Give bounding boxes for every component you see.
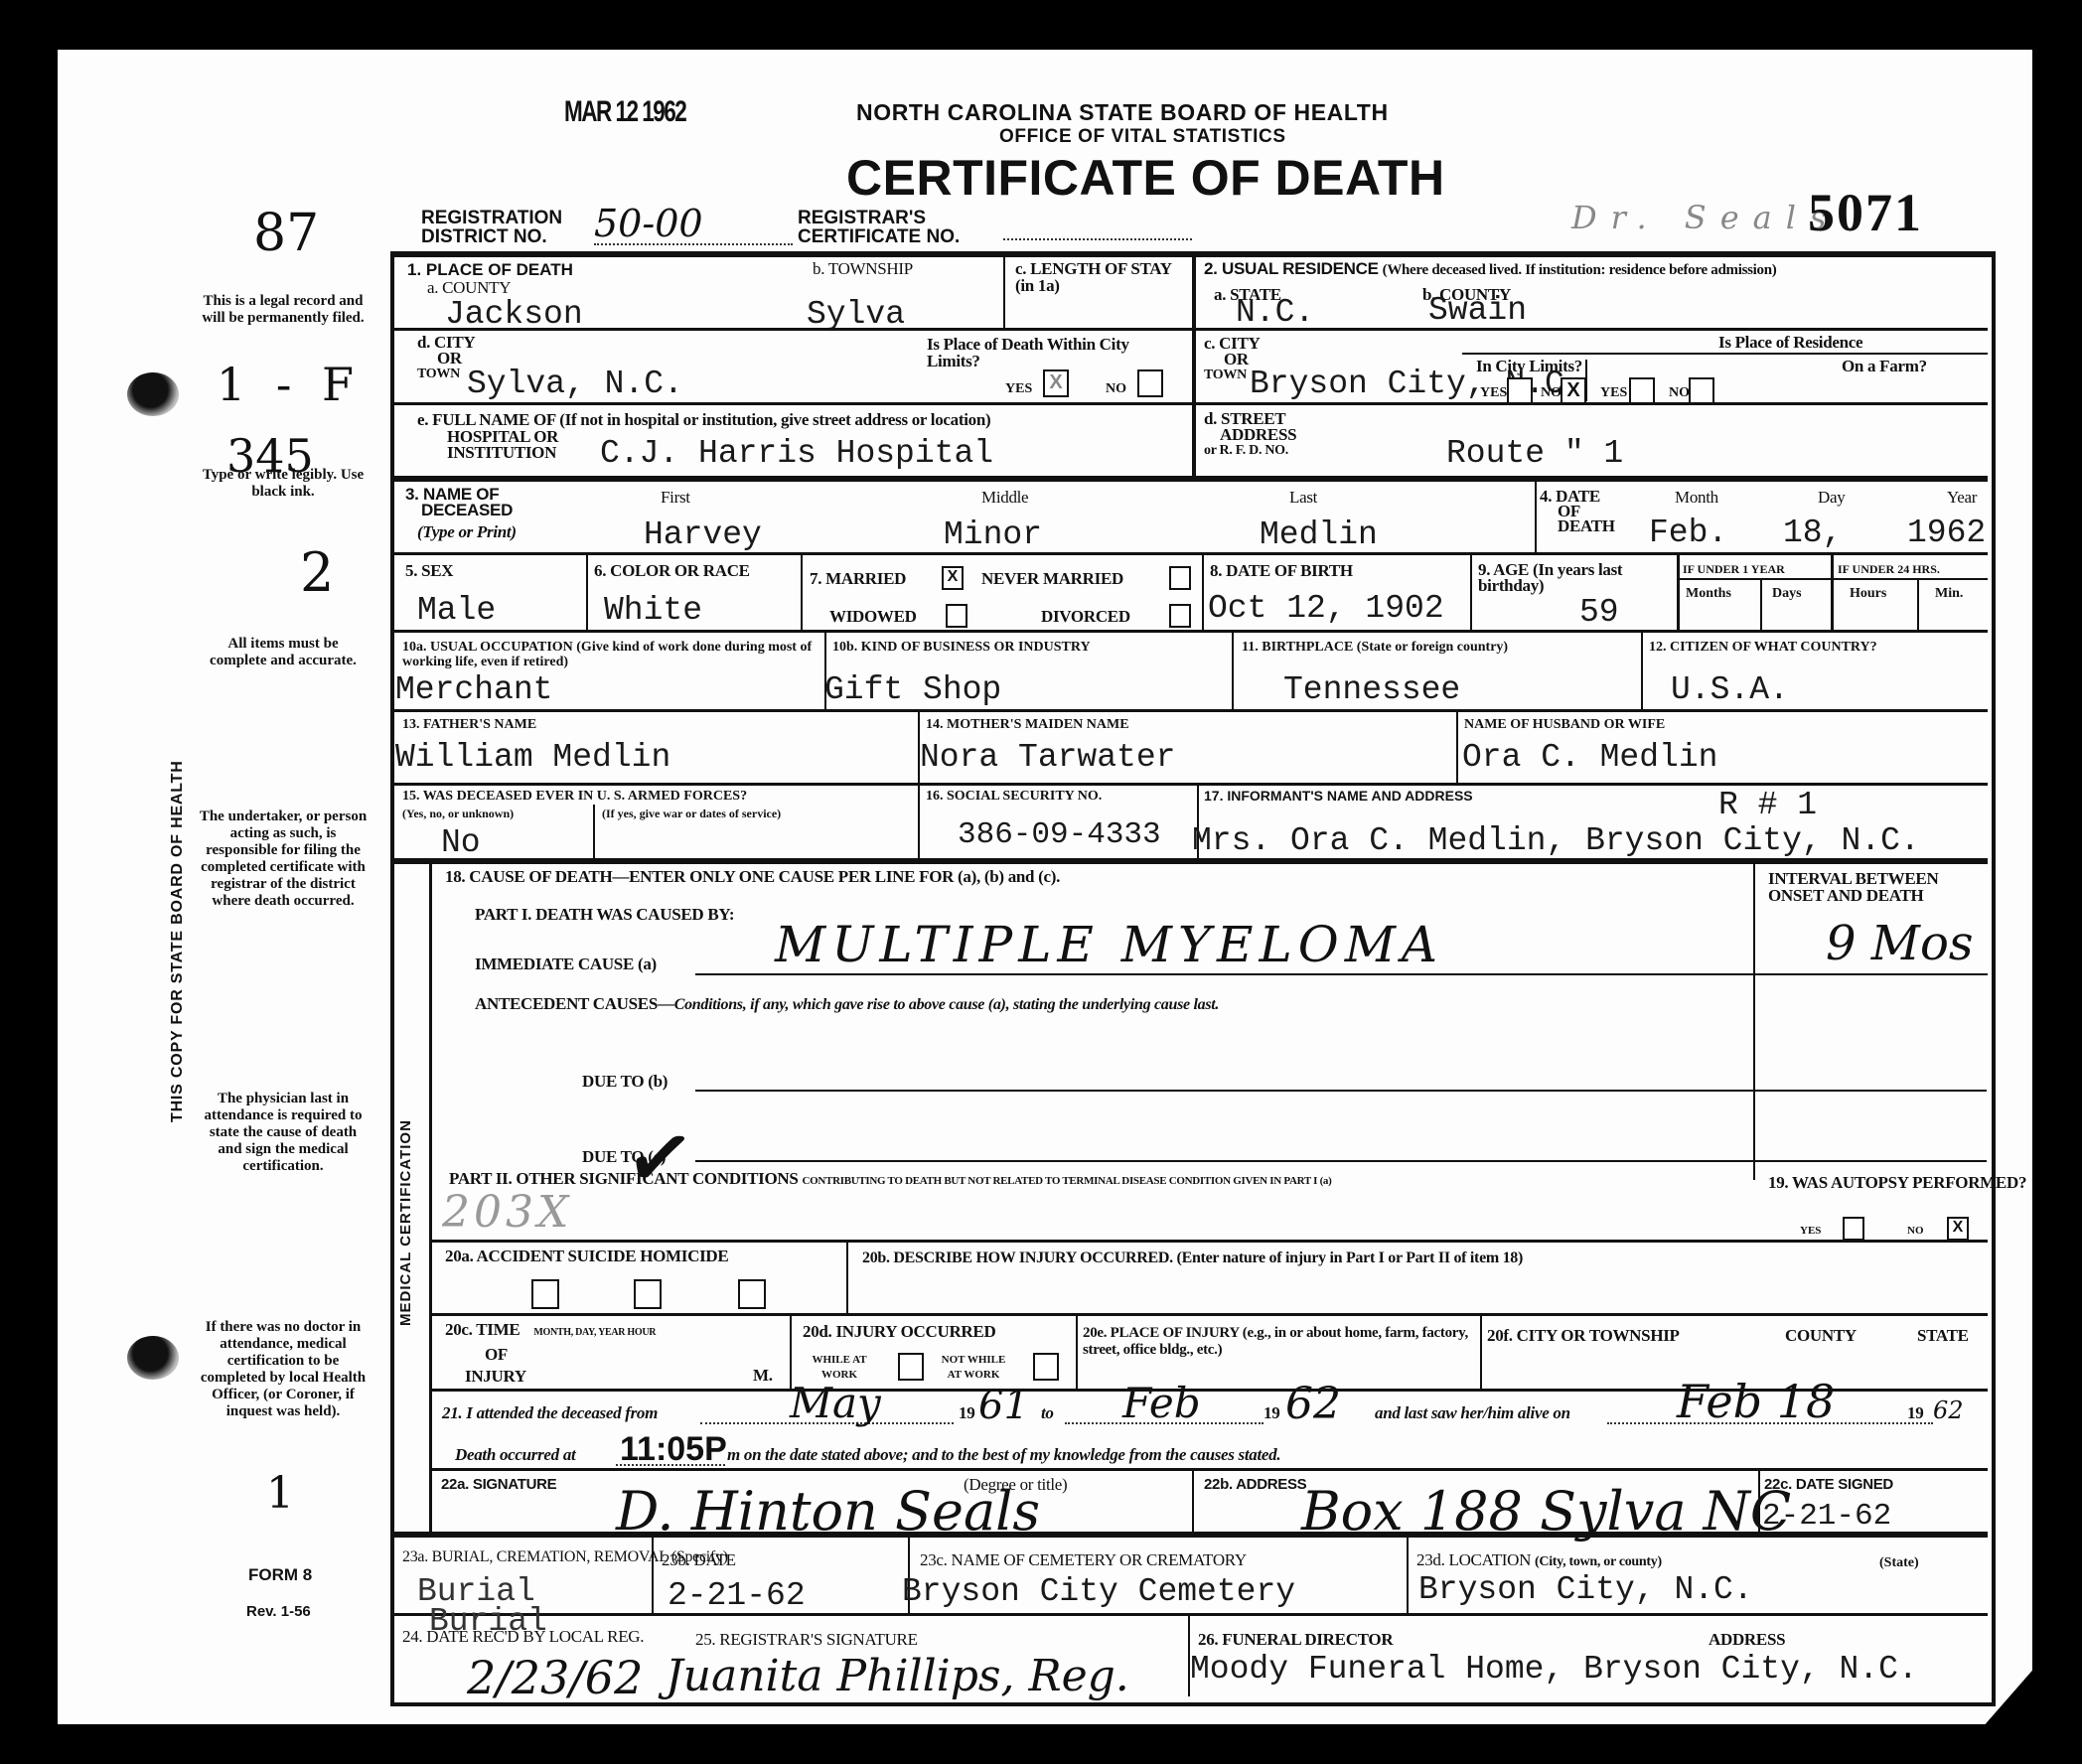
death-month-field[interactable]: Feb.	[1649, 516, 1727, 550]
divider	[1917, 580, 1919, 630]
occupation-label: 10a. USUAL OCCUPATION (Give kind of work…	[402, 640, 819, 669]
divider	[394, 858, 1988, 864]
place-city-field[interactable]: Sylva, N.C.	[467, 367, 683, 401]
punch-hole-top	[127, 372, 179, 416]
within-limits-no-checkbox[interactable]	[1137, 369, 1163, 397]
vertical-copy-label: THIS COPY FOR STATE BOARD OF HEALTH	[169, 760, 187, 1122]
birthplace-field[interactable]: Tennessee	[1283, 673, 1460, 707]
registration-district-label: REGISTRATION DISTRICT NO.	[421, 209, 562, 246]
never-married-label: NEVER MARRIED	[981, 570, 1123, 587]
form-number: FORM 8	[248, 1565, 312, 1585]
divider	[790, 1315, 792, 1389]
divider	[593, 805, 595, 860]
month-label: Month	[1675, 489, 1718, 506]
date-received-field[interactable]: 2/23/62	[467, 1651, 643, 1704]
injury-occurred-label: 20d. INJURY OCCURRED	[803, 1323, 995, 1340]
middle-name-field[interactable]: Minor	[944, 518, 1042, 552]
in-city-limits-label: In City Limits?	[1476, 358, 1582, 374]
autopsy-label: 19. WAS AUTOPSY PERFORMED?	[1768, 1174, 2026, 1191]
divider	[652, 1536, 654, 1613]
date-signed-label: 22c. DATE SIGNED	[1764, 1476, 1893, 1493]
registrar-signature-label: 25. REGISTRAR'S SIGNATURE	[695, 1631, 918, 1648]
yes-label: YES	[1800, 1224, 1821, 1239]
part-two-label: PART II. OTHER SIGNIFICANT CONDITIONS CO…	[449, 1170, 1332, 1190]
race-field[interactable]: White	[604, 594, 702, 628]
county-label: a. COUNTY	[427, 279, 511, 296]
residence-state-field[interactable]: N.C.	[1236, 296, 1314, 330]
divider	[801, 554, 803, 630]
business-field[interactable]: Gift Shop	[824, 673, 1001, 707]
date-received-overtype: Burial	[429, 1605, 547, 1639]
married-checkbox[interactable]: X	[942, 566, 964, 590]
no-label: NO	[1541, 385, 1561, 400]
yes-label: YES	[1480, 385, 1507, 400]
divider	[1535, 479, 1537, 552]
divider	[432, 1468, 1988, 1471]
mother-label: 14. MOTHER'S MAIDEN NAME	[926, 717, 1129, 732]
sex-label: 5. SEX	[405, 562, 453, 579]
divider	[1677, 554, 1680, 630]
year-prefix: 19	[1907, 1404, 1923, 1421]
dob-field[interactable]: Oct 12, 1902	[1208, 592, 1444, 626]
note-no-doctor: If there was no doctor in attendance, me…	[199, 1319, 368, 1420]
divider	[394, 630, 1988, 633]
last-name-field[interactable]: Medlin	[1260, 518, 1378, 552]
note-legal-record: This is a legal record and will be perma…	[199, 293, 368, 327]
note-undertaker: The undertaker, or person acting as such…	[199, 808, 368, 910]
citizen-label: 12. CITIZEN OF WHAT COUNTRY?	[1649, 640, 1877, 655]
divider	[1753, 862, 1755, 1180]
divider	[1585, 360, 1587, 401]
divider	[1202, 554, 1204, 630]
burial-date-field[interactable]: 2-21-62	[668, 1579, 806, 1613]
age-field[interactable]: 59	[1579, 596, 1619, 630]
divider	[695, 1090, 1987, 1092]
divider	[846, 1242, 848, 1315]
while-at-work-checkbox[interactable]	[898, 1353, 924, 1381]
divider	[1192, 251, 1196, 478]
state-sub-label: (State)	[1879, 1555, 1919, 1570]
received-date-stamp: MAR 12 1962	[564, 95, 685, 129]
margin-number-2: 2	[300, 541, 334, 604]
sex-field[interactable]: Male	[417, 594, 496, 628]
autopsy-no-checkbox[interactable]: X	[1947, 1217, 1969, 1241]
divider	[432, 1313, 1988, 1316]
ssn-field[interactable]: 386-09-4333	[958, 818, 1161, 852]
due-to-b-label: DUE TO (b)	[582, 1073, 668, 1090]
signature-label: 22a. SIGNATURE	[441, 1476, 556, 1493]
time-meridian-label: M.	[753, 1367, 773, 1384]
folded-corner	[1947, 1609, 2082, 1764]
physician-address-label: 22b. ADDRESS	[1204, 1476, 1306, 1493]
never-married-checkbox[interactable]	[1169, 566, 1191, 590]
place-county-field[interactable]: Jackson	[445, 298, 583, 332]
hospital-label-2: HOSPITAL OR INSTITUTION	[447, 429, 558, 461]
registration-district-no[interactable]: 50-00	[594, 204, 793, 245]
divider	[1641, 632, 1643, 709]
ssn-label: 16. SOCIAL SECURITY NO.	[926, 789, 1102, 804]
township-label: b. TOWNSHIP	[813, 260, 913, 277]
margin-number-87: 87	[253, 204, 319, 263]
divider	[1480, 1315, 1482, 1389]
margin-number-1: 1	[266, 1468, 294, 1519]
married-label: 7. MARRIED	[810, 570, 906, 587]
injury-state-label: STATE	[1917, 1327, 1969, 1344]
residence-county-field[interactable]: Swain	[1428, 294, 1527, 328]
funeral-director-label: 26. FUNERAL DIRECTOR	[1198, 1631, 1393, 1648]
spouse-label: NAME OF HUSBAND OR WIFE	[1464, 717, 1665, 732]
death-year-field[interactable]: 1962	[1907, 516, 1986, 550]
to-label: to	[1041, 1404, 1054, 1421]
yes-label: YES	[1005, 381, 1032, 396]
spouse-field[interactable]: Ora C. Medlin	[1462, 741, 1717, 775]
physician-annotation: Dr. Seals	[1571, 199, 1840, 236]
divider	[394, 1532, 1988, 1538]
autopsy-yes-checkbox[interactable]	[1843, 1217, 1864, 1241]
armed-forces-field[interactable]: No	[441, 826, 481, 860]
hours-label: Hours	[1850, 586, 1886, 601]
hospital-field[interactable]: C.J. Harris Hospital	[600, 437, 993, 471]
punch-hole-bottom	[127, 1336, 179, 1380]
widowed-checkbox[interactable]	[946, 604, 967, 628]
divider	[394, 783, 1988, 786]
divider	[1470, 554, 1472, 630]
length-of-stay-label: c. LENGTH OF STAY (in 1a)	[1015, 260, 1184, 294]
time-of-injury-label: 20c. TIME MONTH, DAY, YEAR HOUR OF INJUR…	[445, 1319, 656, 1388]
is-place-of-residence-label: Is Place of Residence	[1718, 334, 1862, 351]
date-signed-field[interactable]: 2-21-62	[1762, 1500, 1891, 1534]
divider	[1076, 1315, 1078, 1389]
death-time-field[interactable]: 11:05P	[620, 1430, 727, 1469]
checkmark: ✓	[620, 1106, 700, 1211]
months-label: Months	[1686, 586, 1731, 601]
last-saw-year-field[interactable]: 62	[1933, 1396, 1964, 1424]
birthplace-label: 11. BIRTHPLACE (State or foreign country…	[1242, 640, 1508, 655]
registrar-certificate-label: REGISTRAR'S CERTIFICATE NO.	[798, 209, 960, 246]
form-revision: Rev. 1-56	[246, 1603, 311, 1620]
divider	[429, 862, 432, 1534]
year-prefix: 19	[1264, 1404, 1279, 1421]
location-field[interactable]: Bryson City, N.C.	[1418, 1573, 1753, 1607]
divider	[1196, 402, 1988, 405]
armed-forces-label: 15. WAS DECEASED EVER IN U. S. ARMED FOR…	[402, 789, 747, 804]
cause-of-death-label: 18. CAUSE OF DEATH—ENTER ONLY ONE CAUSE …	[445, 868, 1060, 885]
attended-to-month-field[interactable]: Feb	[1122, 1379, 1201, 1427]
place-of-death-label: 1. PLACE OF DEATH	[407, 260, 573, 280]
death-time-suffix: m on the date stated above; and to the b…	[727, 1446, 1280, 1463]
divider	[695, 1160, 1987, 1162]
divider	[1196, 328, 1988, 331]
agency-name: NORTH CAROLINA STATE BOARD OF HEALTH	[856, 99, 1389, 126]
divider	[1758, 1470, 1760, 1534]
farm-no-checkbox[interactable]	[1689, 377, 1714, 405]
note-all-items: All items must be complete and accurate.	[199, 636, 368, 669]
date-of-death-label: 4. DATE OF DEATH	[1540, 489, 1615, 533]
antecedent-causes-label: ANTECEDENT CAUSES—Conditions, if any, wh…	[475, 995, 1219, 1013]
location-label: 23d. LOCATION (City, town, or county)	[1416, 1551, 1662, 1570]
city-township-label: 20f. CITY OR TOWNSHIP	[1487, 1327, 1680, 1344]
race-label: 6. COLOR OR RACE	[594, 562, 750, 579]
divider	[394, 328, 1193, 331]
divider	[394, 552, 1988, 555]
certificate-number: 5071	[1808, 182, 1923, 243]
last-label: Last	[1289, 489, 1317, 506]
day-label: Day	[1818, 489, 1845, 506]
divider	[695, 973, 1753, 975]
registrar-certificate-line	[1003, 238, 1192, 240]
father-field[interactable]: William Medlin	[395, 741, 670, 775]
divider	[1456, 711, 1458, 783]
part-one-label: PART I. DEATH WAS CAUSED BY:	[475, 906, 734, 923]
mother-field[interactable]: Nora Tarwater	[920, 741, 1175, 775]
on-farm-label: On a Farm?	[1842, 358, 1927, 374]
citizen-field[interactable]: U.S.A.	[1671, 673, 1789, 707]
funeral-address-label: ADDRESS	[1709, 1631, 1785, 1648]
divider	[394, 402, 1193, 405]
year-prefix: 19	[959, 1404, 974, 1421]
service-dates-label: (If yes, give war or dates of service)	[602, 807, 781, 821]
divider	[1760, 580, 1762, 630]
street-label: d. STREET ADDRESS or R. F. D. NO.	[1204, 411, 1296, 459]
divider	[1232, 632, 1234, 709]
interval-field[interactable]: 9 Mos	[1826, 916, 1973, 971]
business-label: 10b. KIND OF BUSINESS OR INDUSTRY	[832, 640, 1091, 655]
accident-checkbox[interactable]	[531, 1279, 559, 1309]
widowed-label: WIDOWED	[829, 608, 917, 625]
place-of-injury-label: 20e. PLACE OF INJURY (e.g., in or about …	[1083, 1325, 1480, 1359]
office-name: OFFICE OF VITAL STATISTICS	[999, 126, 1286, 148]
armed-forces-sub-label: (Yes, no, or unknown)	[402, 807, 514, 821]
medical-certification-label: MEDICAL CERTIFICATION	[397, 1119, 414, 1326]
divider	[1462, 353, 1988, 355]
days-label: Days	[1772, 586, 1802, 601]
min-label: Min.	[1935, 586, 1963, 601]
year-label: Year	[1947, 489, 1977, 506]
burial-date-label: 23b. DATE	[662, 1551, 736, 1568]
describe-injury-label: 20b. DESCRIBE HOW INJURY OCCURRED. (Ente…	[862, 1249, 1523, 1266]
divider	[918, 785, 920, 860]
place-township-field[interactable]: Sylva	[807, 298, 905, 332]
informant-label: 17. INFORMANT'S NAME AND ADDRESS	[1204, 789, 1473, 804]
divider	[1831, 554, 1834, 630]
within-limits-label: Is Place of Death Within City Limits?	[927, 336, 1185, 369]
divider	[586, 554, 588, 630]
father-label: 13. FATHER'S NAME	[402, 717, 536, 732]
death-occurred-label: Death occurred at	[455, 1446, 575, 1463]
accident-suicide-homicide-label: 20a. ACCIDENT SUICIDE HOMICIDE	[445, 1248, 728, 1264]
injury-county-label: COUNTY	[1785, 1327, 1857, 1344]
attended-from-year-field[interactable]: 61	[978, 1383, 1029, 1428]
under-24-hrs-label: IF UNDER 24 HRS.	[1838, 562, 1940, 577]
divider	[394, 1613, 1988, 1616]
divorced-checkbox[interactable]	[1169, 604, 1191, 628]
attended-from-month-field[interactable]: May	[790, 1379, 881, 1427]
note-physician: The physician last in attendance is requ…	[199, 1091, 368, 1175]
in-city-no-checkbox[interactable]: X	[1561, 377, 1586, 405]
divider	[394, 709, 1988, 712]
immediate-cause-field[interactable]: MULTIPLE MYELOMA	[775, 916, 1443, 973]
no-label: NO	[1106, 381, 1126, 396]
deceased-name-label: 3. NAME OF DECEASED (Type or Print)	[405, 487, 517, 540]
last-saw-field[interactable]: Feb 18	[1677, 1375, 1835, 1428]
age-label: 9. AGE (In years last birthday)	[1478, 562, 1667, 594]
homicide-checkbox[interactable]	[738, 1279, 766, 1309]
occupation-field[interactable]: Merchant	[395, 673, 552, 707]
margin-code-1f: 1 - F	[217, 358, 362, 411]
attended-to-year-field[interactable]: 62	[1285, 1379, 1341, 1429]
attended-label: 21. I attended the deceased from	[442, 1404, 658, 1421]
funeral-director-field[interactable]: Moody Funeral Home, Bryson City, N.C.	[1190, 1653, 1918, 1687]
first-name-field[interactable]: Harvey	[644, 518, 762, 552]
informant-rfd[interactable]: R # 1	[1718, 789, 1817, 822]
divider	[1192, 1470, 1194, 1534]
divider	[394, 476, 1988, 482]
divider	[1753, 973, 1988, 975]
street-field[interactable]: Route " 1	[1446, 437, 1623, 471]
informant-field[interactable]: Mrs. Ora C. Medlin, Bryson City, N.C.	[1192, 824, 1920, 858]
usual-residence-label: 2. USUAL RESIDENCE (Where deceased lived…	[1204, 260, 1776, 279]
farm-yes-checkbox[interactable]	[1629, 377, 1655, 405]
dob-label: 8. DATE OF BIRTH	[1210, 562, 1353, 579]
registrar-signature-field[interactable]: Juanita Phillips, Reg.	[666, 1651, 1129, 1701]
part-two-code: 203X	[442, 1187, 572, 1238]
page-title: CERTIFICATE OF DEATH	[846, 149, 1445, 207]
no-label: NO	[1907, 1224, 1924, 1239]
immediate-cause-label: IMMEDIATE CAUSE (a)	[475, 955, 657, 972]
in-city-yes-checkbox[interactable]	[1507, 377, 1533, 405]
last-saw-label: and last saw her/him alive on	[1375, 1404, 1570, 1421]
note-type-legibly: Type or write legibly. Use black ink.	[199, 467, 368, 501]
divider	[432, 1240, 1988, 1243]
first-label: First	[661, 489, 690, 506]
under-1-year-label: IF UNDER 1 YEAR	[1683, 562, 1785, 577]
cemetery-label: 23c. NAME OF CEMETERY OR CREMATORY	[920, 1551, 1247, 1568]
no-label: NO	[1669, 385, 1690, 400]
within-limits-yes-checkbox[interactable]: X	[1043, 369, 1069, 397]
yes-label: YES	[1600, 385, 1627, 400]
divider	[1003, 254, 1005, 328]
divider	[1407, 1536, 1409, 1613]
hospital-label: e. FULL NAME OF (If not in hospital or i…	[417, 411, 990, 428]
death-day-field[interactable]: 18,	[1783, 516, 1842, 550]
suicide-checkbox[interactable]	[634, 1279, 662, 1309]
divorced-label: DIVORCED	[1041, 608, 1130, 625]
not-while-at-work-checkbox[interactable]	[1033, 1353, 1059, 1381]
not-while-at-work-label: NOT WHILE AT WORK	[934, 1353, 1013, 1383]
middle-label: Middle	[981, 489, 1028, 506]
interval-label: INTERVAL BETWEEN ONSET AND DEATH	[1768, 870, 1987, 904]
cemetery-field[interactable]: Bryson City Cemetery	[902, 1575, 1295, 1609]
